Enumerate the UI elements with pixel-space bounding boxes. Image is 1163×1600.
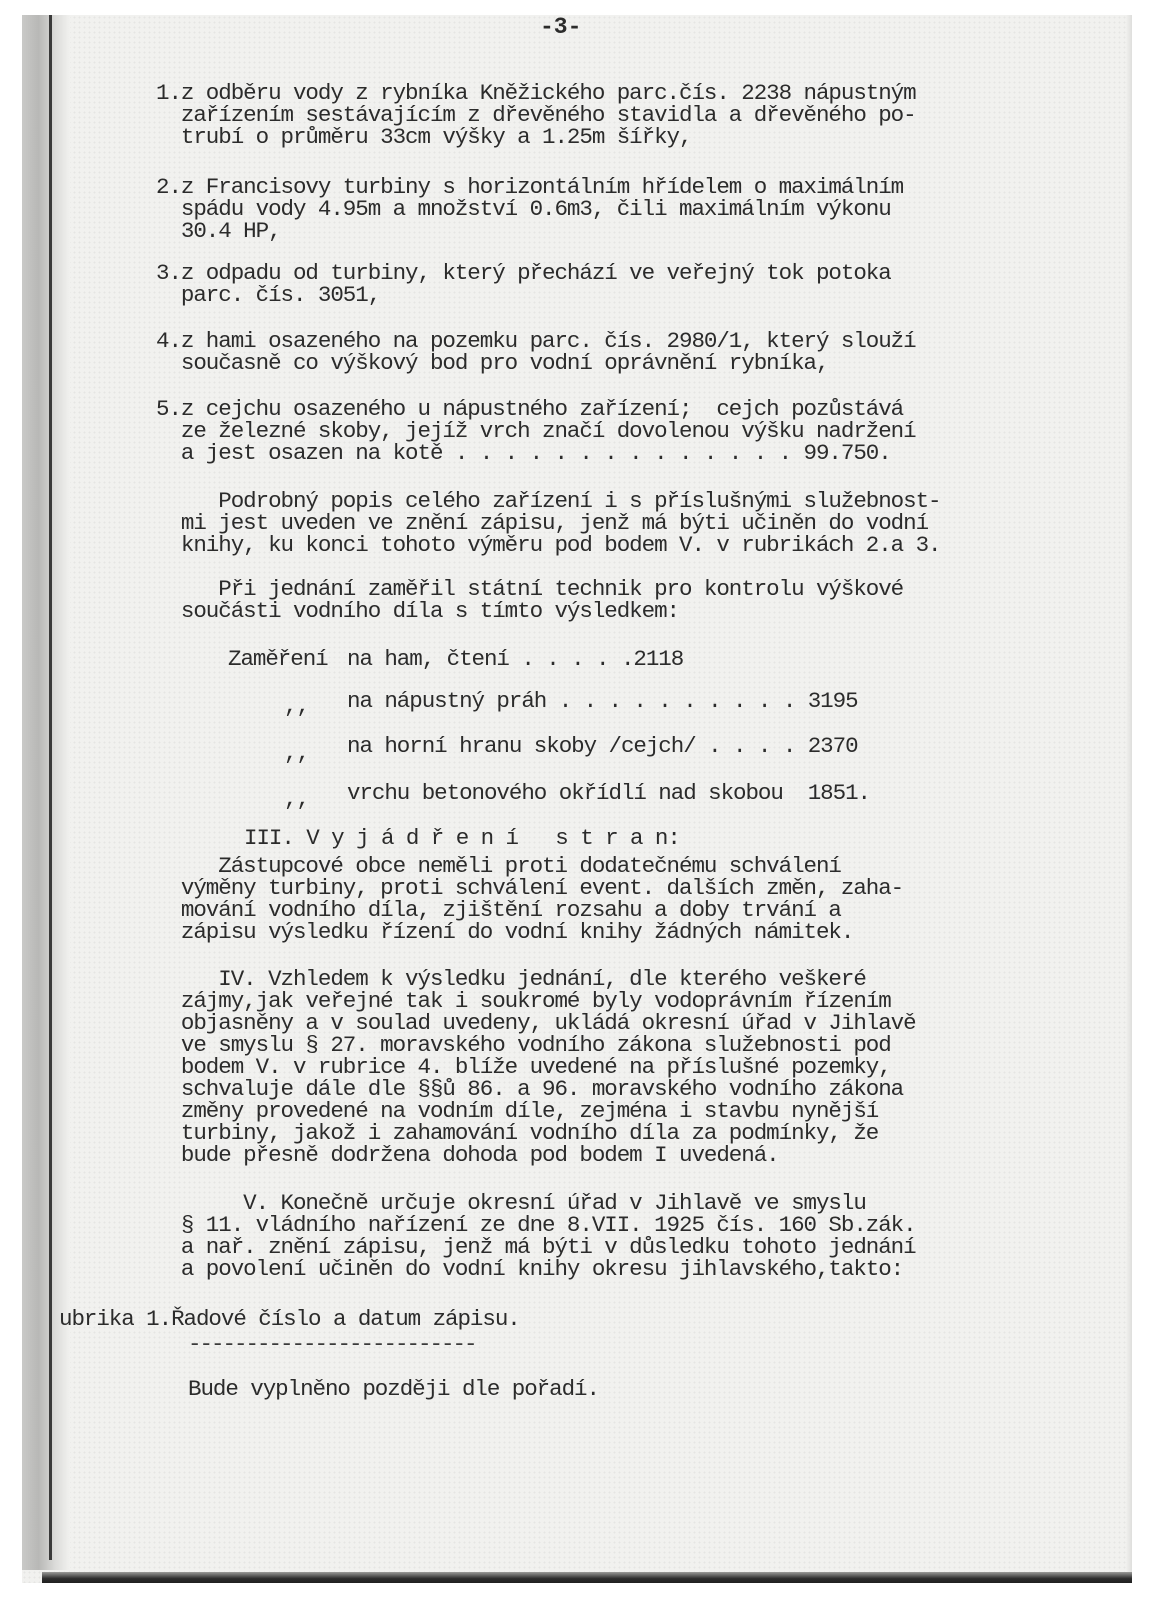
section-v-line-3: a nař. znění zápisu, jenž má býti v důsl…: [156, 1236, 916, 1258]
detail-paragraph-line-1: Podrobný popis celého zařízení i s přísl…: [156, 490, 941, 512]
item-1-line-1: 1.z odběru vody z rybníka Kněžického par…: [156, 82, 916, 104]
measurement-row-1: na ham, čtení . . . . .2118: [347, 648, 683, 670]
measurement-paragraph-line-1: Při jednání zaměřil státní technik pro k…: [156, 578, 903, 600]
item-3-line-1: 3.z odpadu od turbiny, který přechází ve…: [156, 262, 891, 284]
rubrika-underline: -------------------------: [188, 1333, 476, 1355]
section-v-line-2: § 11. vládního nařízení ze dne 8.VII. 19…: [156, 1214, 916, 1236]
rubrika-note: Bude vyplněno později dle pořadí.: [188, 1378, 599, 1400]
section-iii-line-2: výměny turbiny, proti schválení event. d…: [156, 877, 903, 899]
section-iv-line-7: změny provedené na vodním díle, zejména …: [156, 1100, 878, 1122]
detail-paragraph-line-2: mi jest uveden ve znění zápisu, jenž má …: [156, 512, 928, 534]
item-5-line-2: ze železné skoby, jejíž vrch značí dovol…: [156, 420, 916, 442]
measurement-prefix-1: Zaměření: [228, 648, 328, 670]
item-1-line-2: zařízením sestávajícím z dřevěného stavi…: [156, 104, 916, 126]
page-number: -3-: [540, 16, 581, 38]
item-5-line-3: a jest osazen na kotě . . . . . . . . . …: [156, 442, 891, 464]
measurement-paragraph-line-2: součásti vodního díla s tímto výsledkem:: [156, 600, 679, 622]
binding-shadow: [22, 15, 70, 1570]
rubrika-1-label: ubrika 1.Řadové číslo a datum zápisu.: [59, 1308, 520, 1330]
section-iv-line-1: IV. Vzhledem k výsledku jednání, dle kte…: [156, 968, 866, 990]
section-iv-line-6: schvaluje dále dle §§ů 86. a 96. moravsk…: [156, 1078, 903, 1100]
measurement-prefix-3: ,,: [284, 742, 309, 764]
item-2-line-3: 30.4 HP,: [156, 220, 281, 242]
section-iii-line-3: mování vodního díla, zjištění rozsahu a …: [156, 899, 841, 921]
measurement-row-2: na nápustný práh . . . . . . . . . . 319…: [347, 690, 858, 712]
item-5-line-1: 5.z cejchu osazeného u nápustného zaříze…: [156, 398, 903, 420]
section-v-line-4: a povolení učiněn do vodní knihy okresu …: [156, 1258, 903, 1280]
section-iv-line-3: objasněny a v soulad uvedeny, ukládá okr…: [156, 1012, 916, 1034]
section-iii-line-4: zápisu výsledku řízení do vodní knihy žá…: [156, 921, 853, 943]
section-iv-line-5: bodem V. v rubrice 4. blíže uvedené na p…: [156, 1056, 891, 1078]
item-2-line-2: spádu vody 4.95m a množství 0.6m3, čili …: [156, 198, 891, 220]
section-iv-line-8: turbiny, jakož i zahamování vodního díla…: [156, 1122, 878, 1144]
binding-edge-line: [49, 15, 52, 1560]
section-iv-line-4: ve smyslu § 27. moravského vodního zákon…: [156, 1034, 891, 1056]
page-right-edge: [1126, 15, 1132, 1573]
section-iv-line-2: zájmy,jak veřejné tak i soukromé byly vo…: [156, 990, 891, 1012]
detail-paragraph-line-3: knihy, ku konci tohoto výměru pod bodem …: [156, 534, 941, 556]
section-iv-line-9: bude přesně dodržena dohoda pod bodem I …: [156, 1144, 779, 1166]
section-iii-line-1: Zástupcové obce neměli proti dodatečnému…: [156, 855, 841, 877]
item-3-line-2: parc. čís. 3051,: [156, 284, 380, 306]
measurement-row-3: na horní hranu skoby /cejch/ . . . . 237…: [347, 735, 858, 757]
measurement-prefix-4: ,,: [284, 788, 309, 810]
section-iii-heading: III. V y j á d ř e n í s t r a n:: [244, 827, 680, 849]
page-bottom-edge: [42, 1572, 1132, 1583]
item-2-line-1: 2.z Francisovy turbiny s horizontálním h…: [156, 176, 903, 198]
section-v-line-1: V. Konečně určuje okresní úřad v Jihlavě…: [156, 1192, 866, 1214]
item-1-line-3: trubí o průměru 33cm výšky a 1.25m šířky…: [156, 126, 691, 148]
item-4-line-2: současně co výškový bod pro vodní oprávn…: [156, 352, 828, 374]
measurement-row-4: vrchu betonového okřídlí nad skobou 1851…: [347, 782, 870, 804]
measurement-prefix-2: ,,: [284, 695, 309, 717]
item-4-line-1: 4.z hami osazeného na pozemku parc. čís.…: [156, 330, 916, 352]
